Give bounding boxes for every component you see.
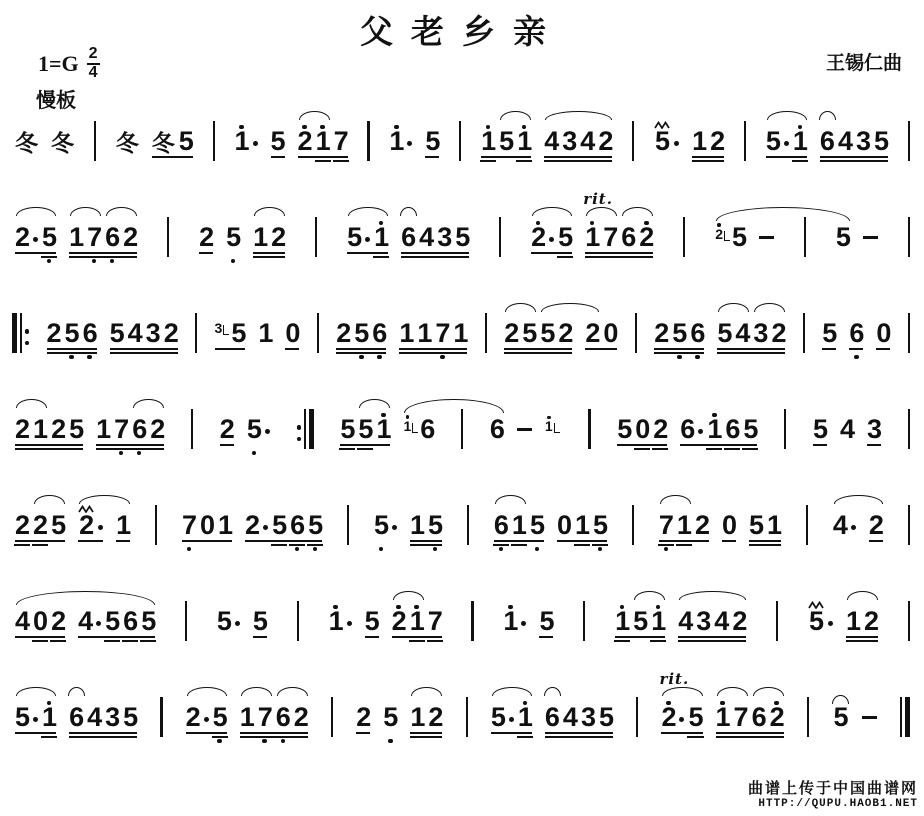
note-number: 5: [491, 705, 505, 730]
beam-group: 151: [615, 598, 665, 648]
beam-group: 12: [692, 118, 724, 168]
note-number: 1: [453, 321, 467, 346]
decor: [905, 697, 910, 737]
decor: 5: [383, 694, 397, 744]
measure: 5: [829, 694, 880, 744]
decor: 7: [428, 598, 442, 648]
note-number: 4: [838, 129, 852, 154]
beam-group: 3: [867, 406, 881, 456]
decor: 1: [575, 502, 589, 552]
decor: 5: [832, 694, 849, 744]
decor: 2: [15, 214, 29, 264]
note: 1: [677, 502, 691, 552]
decor: 5: [358, 406, 372, 456]
decor: 冬: [116, 118, 139, 168]
note: 1: [376, 406, 390, 456]
beam-group: 015: [557, 502, 607, 552]
augmentation-dot: [263, 525, 268, 530]
beam-line: [504, 348, 572, 350]
note-number: 2: [732, 609, 746, 634]
beam-group: 1rit.762: [585, 214, 653, 264]
measure: 25: [712, 214, 777, 264]
note: 1: [410, 598, 424, 648]
grace-number: 1: [545, 420, 553, 433]
beam-group: 701: [182, 502, 232, 552]
repeat-dots: [25, 329, 30, 345]
note: 1: [518, 694, 532, 744]
note-number: 2: [271, 225, 285, 250]
decor: 0: [722, 502, 736, 552]
decor: 1: [116, 502, 130, 552]
beam-line: [678, 636, 746, 638]
beam-line: [846, 640, 878, 642]
note-number: 1: [316, 129, 330, 154]
barline: [632, 121, 634, 161]
beam-group: 冬: [51, 118, 74, 168]
octave-dot-below: [359, 355, 364, 360]
note: 1: [374, 214, 388, 264]
beam-line: [749, 544, 781, 546]
note-below-zone: [379, 538, 384, 552]
beam-line: [182, 540, 232, 542]
decor: 5: [365, 598, 379, 648]
barline: [908, 217, 910, 257]
grace-hook-icon: [724, 231, 730, 241]
measure: 2rit.51762: [658, 694, 786, 744]
beam-group: 402: [15, 598, 65, 648]
beam-line: [716, 736, 784, 738]
decor: 1: [677, 502, 691, 552]
note: [517, 406, 532, 456]
note-number: 冬: [152, 129, 175, 154]
note: 6: [123, 598, 137, 648]
beam-line: [615, 636, 665, 638]
beam-line: [742, 448, 758, 450]
note-number: 6: [290, 513, 304, 538]
decor: 1: [329, 598, 343, 648]
note-number: [759, 225, 774, 250]
note: 2: [298, 118, 312, 168]
measure: 615015: [491, 502, 610, 552]
meter-numerator: 2: [87, 46, 100, 65]
note: 5: [766, 118, 789, 168]
beam-group: 1762: [69, 214, 137, 264]
grace-hook-icon: [223, 325, 229, 335]
beam-group: 12: [410, 694, 442, 744]
note-number: 5: [253, 609, 267, 634]
note: 5: [271, 118, 285, 168]
octave-dot-below: [440, 355, 445, 360]
barline: [683, 217, 685, 257]
note-number: 2: [294, 705, 308, 730]
beam-group: 4342: [544, 118, 612, 168]
note-number: 6: [820, 129, 834, 154]
beam-group: 51: [15, 694, 56, 744]
decor: 5: [271, 118, 285, 168]
beam-line: [253, 256, 285, 258]
note-number: 2: [653, 417, 667, 442]
beam-line: [220, 444, 234, 446]
beam-line: [545, 732, 613, 734]
octave-dot-below: [69, 355, 74, 360]
note-number: 2: [531, 225, 545, 250]
note-number: 1: [793, 129, 807, 154]
note: 5: [308, 502, 322, 552]
note: 1: [575, 502, 589, 552]
beam-group: 15: [410, 502, 442, 552]
note-number: 2: [15, 225, 29, 250]
beam-line: [410, 736, 442, 738]
decor: [863, 214, 878, 264]
note-number: 5: [822, 321, 836, 346]
decor: 4: [15, 598, 29, 648]
note-number: 1: [677, 513, 691, 538]
repeat-start-barline: [12, 313, 29, 360]
decor: 0: [876, 310, 890, 360]
note-number: 5: [428, 513, 442, 538]
beam-group: 6: [849, 310, 863, 360]
footer: 曲谱上传于中国曲谱网 HTTP://QUPU.HAOB1.NET: [748, 777, 918, 810]
score-line: 51643525176225125164352rit.517625: [12, 694, 910, 744]
octave-dot-below: [295, 547, 300, 552]
beam-line: [15, 252, 56, 254]
footer-site-url: HTTP://QUPU.HAOB1.NET: [748, 798, 918, 810]
octave-dot-below: [433, 547, 438, 552]
decor: 5: [558, 214, 572, 264]
beam-line: [104, 640, 120, 642]
note-number: 冬: [51, 129, 74, 154]
note-number: 5: [217, 609, 231, 634]
note: 1: [42, 694, 56, 744]
grace-hook-icon: [412, 423, 418, 433]
augmentation-dot: [265, 429, 270, 434]
note: 2: [869, 502, 883, 552]
beam-line: [592, 544, 608, 546]
octave-dot-below: [87, 355, 92, 360]
measure: 61: [487, 406, 565, 456]
note-number: 1: [410, 609, 424, 634]
augmentation-dot: [851, 525, 856, 530]
note-number: [863, 225, 878, 250]
note: 4: [15, 598, 29, 648]
decor: 2: [220, 406, 234, 456]
beam-line: [50, 640, 66, 642]
beam-line: [585, 256, 653, 258]
octave-dot-below: [137, 451, 142, 456]
octave-dot-below: [854, 355, 859, 360]
composer-credit: 王锡仁曲: [826, 48, 902, 75]
beam-line: [392, 636, 442, 638]
beam-group: 6435: [69, 694, 137, 744]
note-number: 1: [42, 705, 56, 730]
decor: 6: [494, 502, 508, 552]
measure: 255220: [501, 310, 620, 360]
beam-group: 0: [285, 310, 299, 360]
decor: 5: [425, 118, 439, 168]
beam-group: 5: [654, 118, 679, 168]
decor: 2: [356, 694, 370, 744]
beam-line: [14, 544, 30, 546]
beam-line: [820, 156, 888, 158]
note: 5: [141, 598, 155, 648]
note-number: 冬: [15, 129, 38, 154]
beam-line: [212, 736, 228, 738]
note-number: 1: [240, 705, 254, 730]
repeat-end-barline: [297, 409, 314, 456]
measure: 1514342: [612, 598, 749, 648]
beam-line: [867, 444, 881, 446]
beam-group: 2: [220, 406, 234, 456]
note-number: 5: [672, 321, 686, 346]
note: 1: [234, 118, 257, 168]
note: 6: [849, 310, 863, 360]
measure: 15217: [231, 118, 350, 168]
note-number: 5: [834, 705, 848, 730]
decor: 1: [376, 406, 390, 456]
decor: 7: [182, 502, 196, 552]
beam-line: [298, 156, 348, 158]
note: 5: [530, 502, 544, 552]
beam-line: [822, 348, 836, 350]
note-number: 5: [374, 513, 388, 538]
beam-group: 5: [226, 214, 240, 264]
measure: 516435: [763, 118, 891, 168]
beam-group: 1: [258, 310, 272, 360]
augmentation-dot: [674, 141, 679, 146]
beam-line: [116, 540, 130, 542]
note-number: 5: [743, 417, 757, 442]
augmentation-dot: [235, 621, 240, 626]
note-number: 3: [753, 321, 767, 346]
beam-line: [614, 640, 630, 642]
note: 1: [707, 406, 721, 456]
note-number: 1: [503, 609, 517, 634]
note-number: 2: [869, 513, 883, 538]
note: 5: [179, 118, 193, 168]
beam-line: [544, 156, 612, 158]
note: 5: [813, 406, 827, 456]
note-number: 2: [428, 705, 442, 730]
decor: 5: [179, 118, 193, 168]
decor: [517, 406, 532, 456]
decor: 5: [530, 502, 544, 552]
note: 5: [15, 694, 38, 744]
beam-line: [766, 156, 807, 158]
decor: 冬: [51, 118, 74, 168]
note-number: 4: [840, 417, 854, 442]
note-number: 5: [813, 417, 827, 442]
note-number: 3: [146, 321, 160, 346]
note: 0: [876, 310, 890, 360]
note-number: 7: [603, 225, 617, 250]
octave-dot-below: [695, 355, 700, 360]
beam-group: 151: [481, 118, 531, 168]
time-signature: 2 4: [87, 46, 100, 82]
note-number: 4: [544, 129, 558, 154]
decor: 6: [290, 502, 304, 552]
beam-group: 6435: [820, 118, 888, 168]
note-number: 2: [654, 321, 668, 346]
decor: 0: [33, 598, 47, 648]
beam-line: [253, 636, 267, 638]
barline: [297, 601, 299, 641]
note-number: 3: [581, 705, 595, 730]
beam-group: 2rit.5: [661, 694, 702, 744]
decor: 2: [199, 214, 213, 264]
decor: 5: [732, 214, 746, 264]
beam-group: 51: [491, 694, 532, 744]
measure: 15217: [326, 598, 445, 648]
note-number: 5: [617, 417, 631, 442]
decor: 5: [633, 598, 647, 648]
note: 冬: [51, 118, 74, 168]
beam-group: 5432: [717, 310, 785, 360]
note: 5: [365, 598, 379, 648]
barline: [155, 505, 157, 545]
note-number: 5: [123, 705, 137, 730]
note: 5: [593, 502, 607, 552]
beam-line: [481, 156, 531, 158]
beam-line: [557, 540, 607, 542]
score-line: 22521701256551561501571205142: [12, 502, 910, 552]
decor: 5: [499, 118, 513, 168]
beam-group: 16: [403, 406, 434, 456]
barline: [167, 217, 169, 257]
beam-group: 4: [840, 406, 854, 456]
beam-group: 225: [15, 502, 65, 552]
measure: 1514342: [478, 118, 615, 168]
note-number: 1: [399, 321, 413, 346]
decor: 4: [840, 406, 854, 456]
note-number: 1: [846, 609, 860, 634]
footer-site-name: 曲谱上传于中国曲谱网: [748, 777, 918, 798]
decor: 2: [78, 502, 94, 552]
note-number: 4: [87, 705, 101, 730]
octave-dot-below: [598, 547, 603, 552]
beam-line: [410, 544, 442, 546]
note: 7: [659, 502, 673, 552]
decor: 1: [316, 118, 330, 168]
octave-dot-below: [379, 547, 384, 552]
beam-group: 5: [836, 214, 850, 264]
beam-line: [122, 640, 138, 642]
beam-line: [654, 352, 704, 354]
beam-line: [69, 732, 137, 734]
beam-line: [409, 640, 425, 642]
note: 0: [200, 502, 214, 552]
decor: 2: [661, 694, 675, 744]
beam-group: 6: [490, 406, 504, 456]
note: 5: [491, 694, 514, 744]
note-number: 5: [593, 513, 607, 538]
note-number: 0: [200, 513, 214, 538]
beam-group: 0: [722, 502, 736, 552]
measure: 543: [810, 406, 884, 456]
beam-line: [240, 732, 308, 734]
octave-dot: [297, 437, 302, 442]
decor: 2: [653, 406, 667, 456]
beam-group: 5: [383, 694, 397, 744]
note-number: 0: [603, 321, 617, 346]
beam-line: [545, 736, 613, 738]
barline: [94, 121, 96, 161]
decor: 1: [410, 598, 424, 648]
note: 1: [116, 502, 130, 552]
beam-group: 217: [298, 118, 348, 168]
note-number: 0: [722, 513, 736, 538]
note: 1: [651, 598, 665, 648]
decor: 5: [688, 694, 702, 744]
beam-group: 冬5: [152, 118, 193, 168]
beam-line: [47, 348, 97, 350]
final-barline: [900, 697, 910, 744]
measure: 516435: [488, 694, 616, 744]
barline: [806, 505, 808, 545]
beam-group: 5: [365, 598, 379, 648]
beam-group: 20: [585, 310, 617, 360]
note-number: 5: [308, 513, 322, 538]
note-number: 5: [347, 225, 361, 250]
augmentation-dot: [407, 141, 412, 146]
beam-group: 5: [813, 406, 827, 456]
augmentation-dot: [784, 141, 789, 146]
beam-line: [849, 348, 863, 350]
decor: 4: [833, 502, 847, 552]
decor: 5: [491, 694, 505, 744]
note-number: 7: [334, 129, 348, 154]
barline: [635, 313, 637, 353]
note: 5: [226, 214, 240, 264]
note-number: 0: [557, 513, 571, 538]
note-number: 2: [710, 129, 724, 154]
beam-line: [69, 736, 137, 738]
decor: [862, 694, 877, 744]
note-number: 5: [522, 321, 536, 346]
grace-note: 1: [545, 416, 560, 434]
note: 6: [490, 406, 504, 456]
note: 1: [316, 118, 330, 168]
augmentation-dot: [204, 717, 209, 722]
beam-line: [517, 736, 533, 738]
beam-group: 5: [217, 598, 240, 648]
barline: [499, 217, 501, 257]
beam-line: [480, 160, 496, 162]
measure: 560: [819, 310, 893, 360]
decor: [309, 409, 314, 449]
measure: 3510: [212, 310, 303, 360]
note-number: 5: [809, 609, 823, 634]
note-number: 2: [661, 705, 675, 730]
note-number: 2: [598, 129, 612, 154]
note: 4: [833, 502, 856, 552]
rit-annotation: rit.: [583, 190, 613, 208]
measure: 4024565: [12, 598, 158, 648]
beam-line: [692, 156, 724, 158]
note-number: 7: [435, 321, 449, 346]
note: 2rit.: [661, 694, 684, 744]
note-number: 4: [128, 321, 142, 346]
measure: 712051: [656, 502, 784, 552]
measure: 512: [805, 598, 881, 648]
note: 2: [653, 406, 667, 456]
barline: [315, 217, 317, 257]
note: 2: [78, 502, 103, 552]
barline: [807, 697, 809, 737]
note-number: 6: [690, 321, 704, 346]
decor: 0: [285, 310, 299, 360]
barline: [744, 121, 746, 161]
decor: 1: [545, 416, 553, 434]
